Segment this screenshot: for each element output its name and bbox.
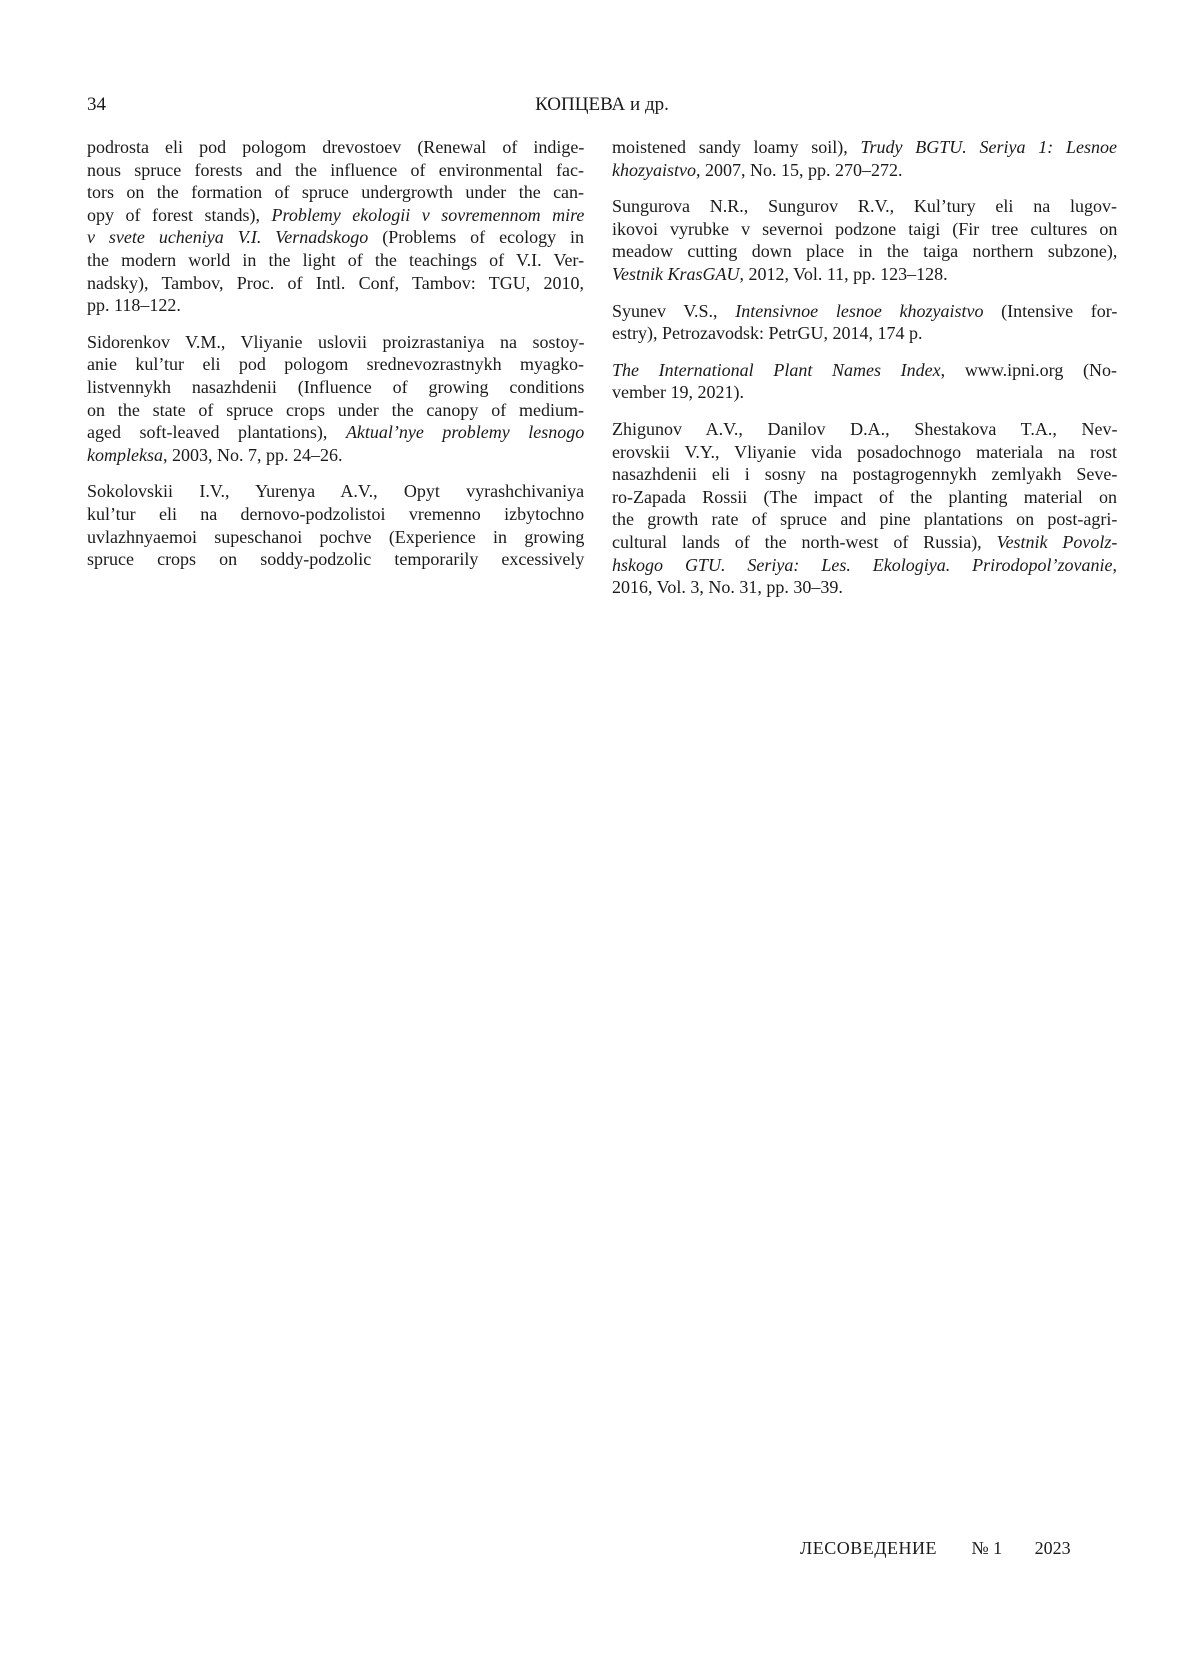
reference-line: spruce crops on soddy-podzolic temporari… — [87, 548, 584, 571]
reference-line: vember 19, 2021). — [612, 381, 1117, 404]
reference-line: aged soft-leaved plantations), Aktual’ny… — [87, 421, 584, 444]
reference-line: podrosta eli pod pologom drevostoev (Ren… — [87, 136, 584, 159]
reference-text: Zhigunov A.V., Danilov D.A., Shestakova … — [612, 419, 1117, 439]
reference-text: (Intensive for- — [983, 301, 1117, 321]
reference-italic-text: Problemy ekologii v sovremennom mire — [271, 205, 584, 225]
reference-line: tors on the formation of spruce undergro… — [87, 181, 584, 204]
issue-number: № 1 — [971, 1538, 1002, 1559]
reference-line: Sokolovskii I.V., Yurenya A.V., Opyt vyr… — [87, 480, 584, 503]
reference-line: the modern world in the light of the tea… — [87, 249, 584, 272]
reference-line: the growth rate of spruce and pine plant… — [612, 508, 1117, 531]
reference-italic-text: Trudy BGTU. Seriya 1: Lesnoe — [860, 137, 1117, 157]
reference-line: Sidorenkov V.M., Vliyanie uslovii proizr… — [87, 331, 584, 354]
reference-text: vember 19, 2021). — [612, 382, 744, 402]
reference-text: listvennykh nasazhdenii (Influence of gr… — [87, 377, 584, 397]
reference-text: , 2003, No. 7, pp. 24–26. — [163, 445, 343, 465]
reference-entry: The International Plant Names Index, www… — [612, 359, 1117, 404]
reference-italic-text: Vestnik Povolz- — [997, 532, 1118, 552]
reference-text: nadsky), Tambov, Proc. of Intl. Conf, Ta… — [87, 273, 584, 293]
reference-entry: Sokolovskii I.V., Yurenya A.V., Opyt vyr… — [87, 480, 584, 570]
reference-line: ikovoi vyrubke v severnoi podzone taigi … — [612, 218, 1117, 241]
reference-line: pp. 118–122. — [87, 294, 584, 317]
page-header: 34 КОПЦЕВА и др. — [87, 94, 1117, 124]
reference-line: nasazhdenii eli i sosny na postagrogenny… — [612, 463, 1117, 486]
reference-entry: podrosta eli pod pologom drevostoev (Ren… — [87, 136, 584, 317]
reference-text: , www.ipni.org (No- — [941, 360, 1117, 380]
reference-text: nasazhdenii eli i sosny na postagrogenny… — [612, 464, 1117, 484]
reference-text: , 2007, No. 15, pp. 270–272. — [696, 160, 903, 180]
reference-line: nous spruce forests and the influence of… — [87, 159, 584, 182]
reference-text: the modern world in the light of the tea… — [87, 250, 584, 270]
running-title: КОПЦЕВА и др. — [87, 94, 1117, 116]
reference-line: anie kul’tur eli pod pologom srednevozra… — [87, 353, 584, 376]
reference-italic-text: hskogo GTU. Seriya: Les. Ekologiya. Prir… — [612, 555, 1113, 575]
reference-line: Vestnik KrasGAU, 2012, Vol. 11, pp. 123–… — [612, 263, 1117, 286]
reference-line: ro-Zapada Rossii (The impact of the plan… — [612, 486, 1117, 509]
reference-line: cultural lands of the north-west of Russ… — [612, 531, 1117, 554]
journal-name: ЛЕСОВЕДЕНИЕ — [800, 1538, 937, 1559]
reference-italic-text: The International Plant Names Index — [612, 360, 941, 380]
reference-text: anie kul’tur eli pod pologom srednevozra… — [87, 354, 584, 374]
reference-line: meadow cutting down place in the taiga n… — [612, 240, 1117, 263]
publication-year: 2023 — [1035, 1538, 1071, 1559]
reference-text: the growth rate of spruce and pine plant… — [612, 509, 1117, 529]
reference-entry: Zhigunov A.V., Danilov D.A., Shestakova … — [612, 418, 1117, 599]
reference-line: v svete ucheniya V.I. Vernadskogo (Probl… — [87, 226, 584, 249]
reference-line: The International Plant Names Index, www… — [612, 359, 1117, 382]
reference-text: nous spruce forests and the influence of… — [87, 160, 584, 180]
reference-line: kompleksa, 2003, No. 7, pp. 24–26. — [87, 444, 584, 467]
reference-italic-text: Intensivnoe lesnoe khozyaistvo — [735, 301, 983, 321]
reference-line: on the state of spruce crops under the c… — [87, 399, 584, 422]
reference-text: pp. 118–122. — [87, 295, 181, 315]
reference-text: Sungurova N.R., Sungurov R.V., Kul’tury … — [612, 196, 1117, 216]
reference-text: , 2012, Vol. 11, pp. 123–128. — [740, 264, 948, 284]
reference-text: Sokolovskii I.V., Yurenya A.V., Opyt vyr… — [87, 481, 584, 501]
reference-italic-text: Vestnik KrasGAU — [612, 264, 740, 284]
reference-text: Sidorenkov V.M., Vliyanie uslovii proizr… — [87, 332, 584, 352]
reference-text: uvlazhnyaemoi supeschanoi pochve (Experi… — [87, 527, 584, 547]
reference-entry: moistened sandy loamy soil), Trudy BGTU.… — [612, 136, 1117, 181]
reference-line: Syunev V.S., Intensivnoe lesnoe khozyais… — [612, 300, 1117, 323]
reference-text: erovskii V.Y., Vliyanie vida posadochnog… — [612, 442, 1117, 462]
page-footer: ЛЕСОВЕДЕНИЕ № 1 2023 — [800, 1538, 1071, 1559]
reference-text: (Problems of ecology in — [368, 227, 584, 247]
reference-entry: Syunev V.S., Intensivnoe lesnoe khozyais… — [612, 300, 1117, 345]
reference-line: 2016, Vol. 3, No. 31, pp. 30–39. — [612, 576, 1117, 599]
reference-line: estry), Petrozavodsk: PetrGU, 2014, 174 … — [612, 322, 1117, 345]
reference-text: ro-Zapada Rossii (The impact of the plan… — [612, 487, 1117, 507]
reference-text: , — [1113, 555, 1118, 575]
reference-text: aged soft-leaved plantations), — [87, 422, 346, 442]
reference-text: on the state of spruce crops under the c… — [87, 400, 584, 420]
reference-text: Syunev V.S., — [612, 301, 735, 321]
reference-text: cultural lands of the north-west of Russ… — [612, 532, 997, 552]
reference-entry: Sungurova N.R., Sungurov R.V., Kul’tury … — [612, 195, 1117, 285]
reference-italic-text: khozyaistvo — [612, 160, 696, 180]
reference-entry: Sidorenkov V.M., Vliyanie uslovii proizr… — [87, 331, 584, 467]
reference-text: spruce crops on soddy-podzolic temporari… — [87, 549, 584, 569]
reference-text: meadow cutting down place in the taiga n… — [612, 241, 1117, 261]
reference-text: moistened sandy loamy soil), — [612, 137, 860, 157]
reference-text: 2016, Vol. 3, No. 31, pp. 30–39. — [612, 577, 843, 597]
reference-line: nadsky), Tambov, Proc. of Intl. Conf, Ta… — [87, 272, 584, 295]
reference-line: moistened sandy loamy soil), Trudy BGTU.… — [612, 136, 1117, 159]
reference-italic-text: Aktual’nye problemy lesnogo — [346, 422, 584, 442]
reference-line: listvennykh nasazhdenii (Influence of gr… — [87, 376, 584, 399]
reference-text: tors on the formation of spruce undergro… — [87, 182, 584, 202]
reference-italic-text: v svete ucheniya V.I. Vernadskogo — [87, 227, 368, 247]
reference-text: ikovoi vyrubke v severnoi podzone taigi … — [612, 219, 1117, 239]
reference-line: opy of forest stands), Problemy ekologii… — [87, 204, 584, 227]
reference-line: erovskii V.Y., Vliyanie vida posadochnog… — [612, 441, 1117, 464]
reference-text: podrosta eli pod pologom drevostoev (Ren… — [87, 137, 584, 157]
reference-italic-text: kompleksa — [87, 445, 163, 465]
reference-line: khozyaistvo, 2007, No. 15, pp. 270–272. — [612, 159, 1117, 182]
reference-line: Zhigunov A.V., Danilov D.A., Shestakova … — [612, 418, 1117, 441]
reference-text: estry), Petrozavodsk: PetrGU, 2014, 174 … — [612, 323, 922, 343]
reference-line: hskogo GTU. Seriya: Les. Ekologiya. Prir… — [612, 554, 1117, 577]
references-left-column: podrosta eli pod pologom drevostoev (Ren… — [87, 136, 584, 585]
reference-line: Sungurova N.R., Sungurov R.V., Kul’tury … — [612, 195, 1117, 218]
reference-line: kul’tur eli na dernovo-podzolistoi vreme… — [87, 503, 584, 526]
reference-text: kul’tur eli na dernovo-podzolistoi vreme… — [87, 504, 584, 524]
reference-text: opy of forest stands), — [87, 205, 271, 225]
reference-line: uvlazhnyaemoi supeschanoi pochve (Experi… — [87, 526, 584, 549]
references-right-column: moistened sandy loamy soil), Trudy BGTU.… — [612, 136, 1117, 613]
